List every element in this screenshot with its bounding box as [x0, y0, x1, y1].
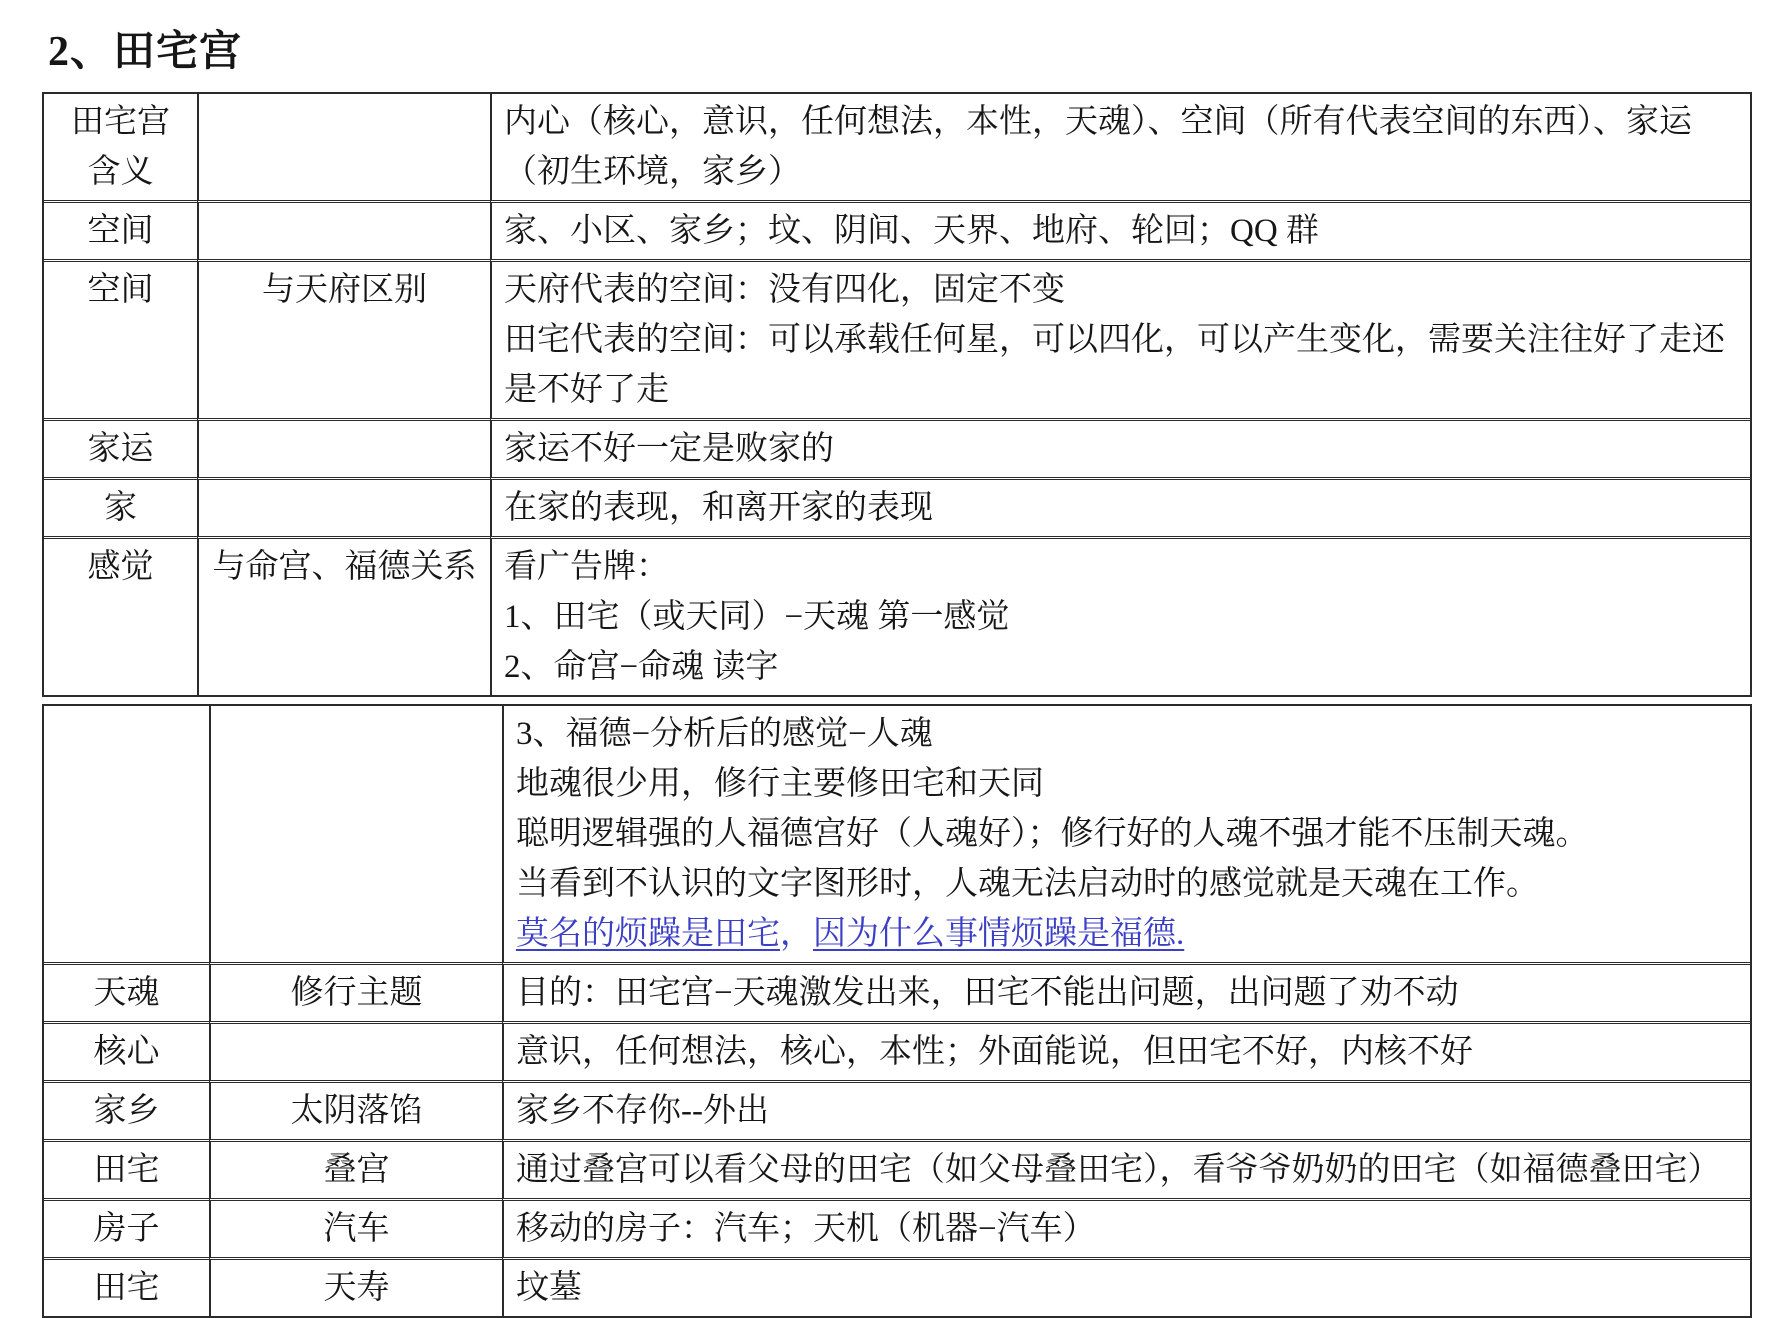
table-row: 空间 与天府区别 天府代表的空间：没有四化，固定不变 田宅代表的空间：可以承载任… [44, 259, 1750, 418]
row-sublabel-cell [197, 200, 490, 259]
row-sublabel-cell: 与命宫、福德关系 [197, 536, 490, 695]
content-line: 通过叠宫可以看父母的田宅（如父母叠田宅），看爷爷奶奶的田宅（如福德叠田宅） [516, 1145, 1744, 1195]
content-line: 田宅代表的空间：可以承载任何星，可以四化，可以产生变化，需要关注往好了走还 [504, 315, 1744, 365]
content-line: 内心（核心，意识，任何想法，本性，天魂）、空间（所有代表空间的东西）、家运 [504, 97, 1744, 147]
content-line: 3、福德−分析后的感觉−人魂 [516, 709, 1744, 759]
content-line: 家、小区、家乡；坟、阴间、天界、地府、轮回；QQ 群 [504, 206, 1744, 256]
row-content-cell: 内心（核心，意识，任何想法，本性，天魂）、空间（所有代表空间的东西）、家运 （初… [490, 94, 1750, 200]
table-row: 3、福德−分析后的感觉−人魂 地魂很少用，修行主要修田宅和天同 聪明逻辑强的人福… [44, 706, 1750, 962]
table-row: 田宅 叠宫 通过叠宫可以看父母的田宅（如父母叠田宅），看爷爷奶奶的田宅（如福德叠… [44, 1139, 1750, 1198]
row-label-cell [44, 706, 209, 962]
table-row: 家运 家运不好一定是败家的 [44, 418, 1750, 477]
row-label-cell: 感觉 [44, 536, 197, 695]
hyperlink-text[interactable]: 因为什么事情烦躁是福德. [813, 916, 1184, 952]
content-line: 聪明逻辑强的人福德宫好（人魂好）；修行好的人魂不强才能不压制天魂。 [516, 809, 1744, 859]
table-row: 空间 家、小区、家乡；坟、阴间、天界、地府、轮回；QQ 群 [44, 200, 1750, 259]
table-row: 房子 汽车 移动的房子：汽车；天机（机器−汽车） [44, 1198, 1750, 1257]
row-label-cell: 田宅 [44, 1139, 209, 1198]
row-content-cell: 目的：田宅宫−天魂激发出来，田宅不能出问题，出问题了劝不动 [502, 962, 1750, 1021]
row-content-cell: 家乡不存你--外出 [502, 1080, 1750, 1139]
table-row: 天魂 修行主题 目的：田宅宫−天魂激发出来，田宅不能出问题，出问题了劝不动 [44, 962, 1750, 1021]
table-row: 田宅 天寿 坟墓 [44, 1257, 1750, 1316]
row-sublabel-cell: 天寿 [209, 1257, 502, 1316]
row-label-cell: 空间 [44, 259, 197, 418]
row-content-cell: 移动的房子：汽车；天机（机器−汽车） [502, 1198, 1750, 1257]
row-label-cell: 家 [44, 477, 197, 536]
row-label-cell: 核心 [44, 1021, 209, 1080]
page-title: 2、田宅宫 [48, 18, 1754, 78]
row-sublabel-cell: 叠宫 [209, 1139, 502, 1198]
content-line: 意识，任何想法，核心，本性；外面能说，但田宅不好，内核不好 [516, 1027, 1744, 1077]
link-separator: ， [780, 916, 813, 952]
content-line: 家乡不存你--外出 [516, 1086, 1744, 1136]
row-label-cell: 田宅 [44, 1257, 209, 1316]
row-content-cell: 看广告牌： 1、田宅（或天同）−天魂 第一感觉 2、命宫−命魂 读字 [490, 536, 1750, 695]
row-sublabel-cell: 太阴落馅 [209, 1080, 502, 1139]
row-label-cell: 田宅宫 含义 [44, 94, 197, 200]
content-line: 2、命宫−命魂 读字 [504, 642, 1744, 692]
row-sublabel-cell: 修行主题 [209, 962, 502, 1021]
row-label-cell: 房子 [44, 1198, 209, 1257]
content-line: 看广告牌： [504, 542, 1744, 592]
row-sublabel-cell [197, 477, 490, 536]
table-row: 家乡 太阴落馅 家乡不存你--外出 [44, 1080, 1750, 1139]
content-line: 在家的表现，和离开家的表现 [504, 483, 1744, 533]
row-sublabel-cell [197, 418, 490, 477]
content-line: 是不好了走 [504, 365, 1744, 415]
table-row: 家 在家的表现，和离开家的表现 [44, 477, 1750, 536]
content-line: 目的：田宅宫−天魂激发出来，田宅不能出问题，出问题了劝不动 [516, 968, 1744, 1018]
content-line: 地魂很少用，修行主要修田宅和天同 [516, 759, 1744, 809]
row-content-cell: 家运不好一定是败家的 [490, 418, 1750, 477]
row-sublabel-cell: 与天府区别 [197, 259, 490, 418]
row-content-cell: 家、小区、家乡；坟、阴间、天界、地府、轮回；QQ 群 [490, 200, 1750, 259]
row-sublabel-cell [209, 706, 502, 962]
row-label-cell: 家运 [44, 418, 197, 477]
row-sublabel-cell: 汽车 [209, 1198, 502, 1257]
row-content-cell: 3、福德−分析后的感觉−人魂 地魂很少用，修行主要修田宅和天同 聪明逻辑强的人福… [502, 706, 1750, 962]
content-line: 移动的房子：汽车；天机（机器−汽车） [516, 1204, 1744, 1254]
table-row: 核心 意识，任何想法，核心，本性；外面能说，但田宅不好，内核不好 [44, 1021, 1750, 1080]
row-label-cell: 天魂 [44, 962, 209, 1021]
content-line: 天府代表的空间：没有四化，固定不变 [504, 265, 1744, 315]
content-line: 当看到不认识的文字图形时，人魂无法启动时的感觉就是天魂在工作。 [516, 859, 1744, 909]
row-sublabel-cell [209, 1021, 502, 1080]
row-sublabel-cell [197, 94, 490, 200]
row-content-cell: 坟墓 [502, 1257, 1750, 1316]
hyperlink-text[interactable]: 莫名的烦躁是田宅 [516, 916, 780, 952]
row-content-cell: 天府代表的空间：没有四化，固定不变 田宅代表的空间：可以承载任何星，可以四化，可… [490, 259, 1750, 418]
content-line: 1、田宅（或天同）−天魂 第一感觉 [504, 592, 1744, 642]
row-content-cell: 在家的表现，和离开家的表现 [490, 477, 1750, 536]
row-label-cell: 家乡 [44, 1080, 209, 1139]
row-content-cell: 通过叠宫可以看父母的田宅（如父母叠田宅），看爷爷奶奶的田宅（如福德叠田宅） [502, 1139, 1750, 1198]
content-line: 家运不好一定是败家的 [504, 424, 1744, 474]
row-content-cell: 意识，任何想法，核心，本性；外面能说，但田宅不好，内核不好 [502, 1021, 1750, 1080]
content-line: 坟墓 [516, 1263, 1744, 1313]
tianzhai-meaning-table-upper: 田宅宫 含义 内心（核心，意识，任何想法，本性，天魂）、空间（所有代表空间的东西… [42, 92, 1752, 697]
row-label-cell: 空间 [44, 200, 197, 259]
content-line: （初生环境，家乡） [504, 147, 1744, 197]
hyperlink-line: 莫名的烦躁是田宅，因为什么事情烦躁是福德. [516, 909, 1744, 959]
tianzhai-meaning-table-lower: 3、福德−分析后的感觉−人魂 地魂很少用，修行主要修田宅和天同 聪明逻辑强的人福… [42, 704, 1752, 1318]
table-row: 感觉 与命宫、福德关系 看广告牌： 1、田宅（或天同）−天魂 第一感觉 2、命宫… [44, 536, 1750, 695]
table-row: 田宅宫 含义 内心（核心，意识，任何想法，本性，天魂）、空间（所有代表空间的东西… [44, 94, 1750, 200]
